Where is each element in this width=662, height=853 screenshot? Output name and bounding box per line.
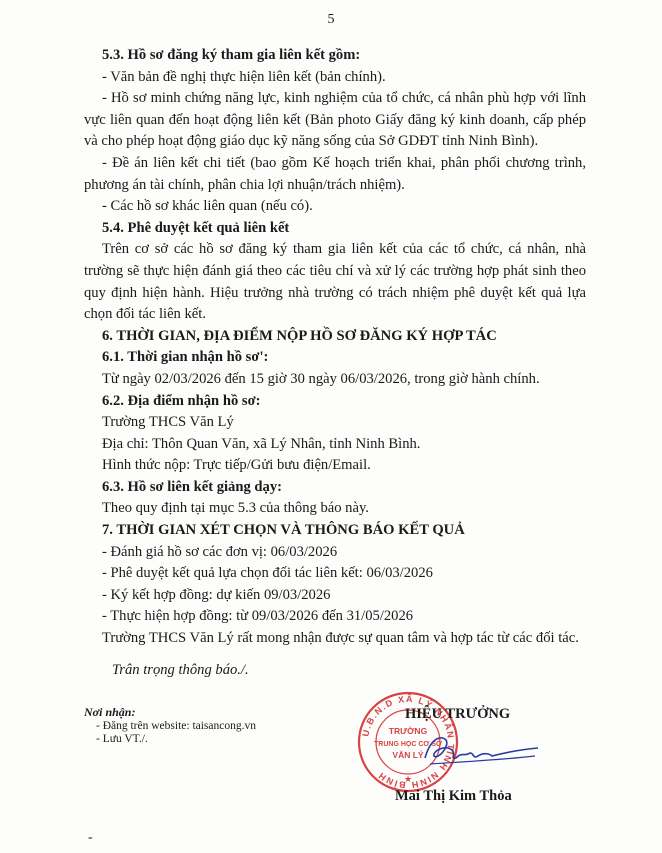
section-6-2-heading: 6.2. Địa điểm nhận hồ sơ: [84,391,586,413]
list-item: - Đánh giá hồ sơ các đơn vị: 06/03/2026 [84,542,586,564]
signer-title: HIỆU TRƯỞNG [405,706,510,723]
section-6-1-heading: 6.1. Thời gian nhận hồ sơ': [84,347,586,369]
section-5-4-body: Trên cơ sở các hồ sơ đăng ký tham gia li… [84,239,586,325]
signer-name: Mai Thị Kim Thỏa [395,788,512,805]
signature-icon [420,730,540,770]
school-address: Địa chỉ: Thôn Quan Văn, xã Lý Nhân, tỉnh… [84,434,586,456]
document-page: 5 5.3. Hồ sơ đăng ký tham gia liên kết g… [0,0,662,853]
list-item: - Phê duyệt kết quả lựa chọn đối tác liê… [84,563,586,585]
recipients-label: Nơi nhận: [84,706,256,720]
list-item: - Các hồ sơ khác liên quan (nếu có). [84,196,586,218]
section-6-3-body: Theo quy định tại mục 5.3 của thông báo … [84,498,586,520]
list-item: - Đề án liên kết chi tiết (bao gồm Kế ho… [84,153,586,196]
section-7-heading: 7. THỜI GIAN XÉT CHỌN VÀ THÔNG BÁO KẾT Q… [84,520,586,542]
list-item: - Ký kết hợp đồng: dự kiến 09/03/2026 [84,585,586,607]
school-name: Trường THCS Văn Lý [84,412,586,434]
svg-text:★: ★ [404,774,412,784]
submission-method: Hình thức nộp: Trực tiếp/Gửi bưu điện/Em… [84,455,586,477]
closing-paragraph: Trường THCS Văn Lý rất mong nhận được sự… [84,628,586,650]
recipients-block: Nơi nhận: - Đăng trên website: taisancon… [84,706,256,747]
recipient-item: - Đăng trên website: taisancong.vn [84,720,256,734]
document-body: 5.3. Hồ sơ đăng ký tham gia liên kết gồm… [84,45,586,650]
footer-mark: - [88,830,93,846]
list-item: - Thực hiện hợp đồng: từ 09/03/2026 đến … [84,606,586,628]
section-6-3-heading: 6.3. Hồ sơ liên kết giảng dạy: [84,477,586,499]
page-number: 5 [0,12,662,28]
list-item: - Hồ sơ minh chứng năng lực, kinh nghiệm… [84,88,586,153]
section-5-3-heading: 5.3. Hồ sơ đăng ký tham gia liên kết gồm… [84,45,586,67]
sign-off: Trân trọng thông báo./. [112,662,249,679]
list-item: - Văn bản đề nghị thực hiện liên kết (bả… [84,67,586,89]
section-6-heading: 6. THỜI GIAN, ĐỊA ĐIỂM NỘP HỒ SƠ ĐĂNG KÝ… [84,326,586,348]
recipient-item: - Lưu VT./. [84,733,256,747]
section-6-1-body: Từ ngày 02/03/2026 đến 15 giờ 30 ngày 06… [84,369,586,391]
section-5-4-heading: 5.4. Phê duyệt kết quả liên kết [84,218,586,240]
